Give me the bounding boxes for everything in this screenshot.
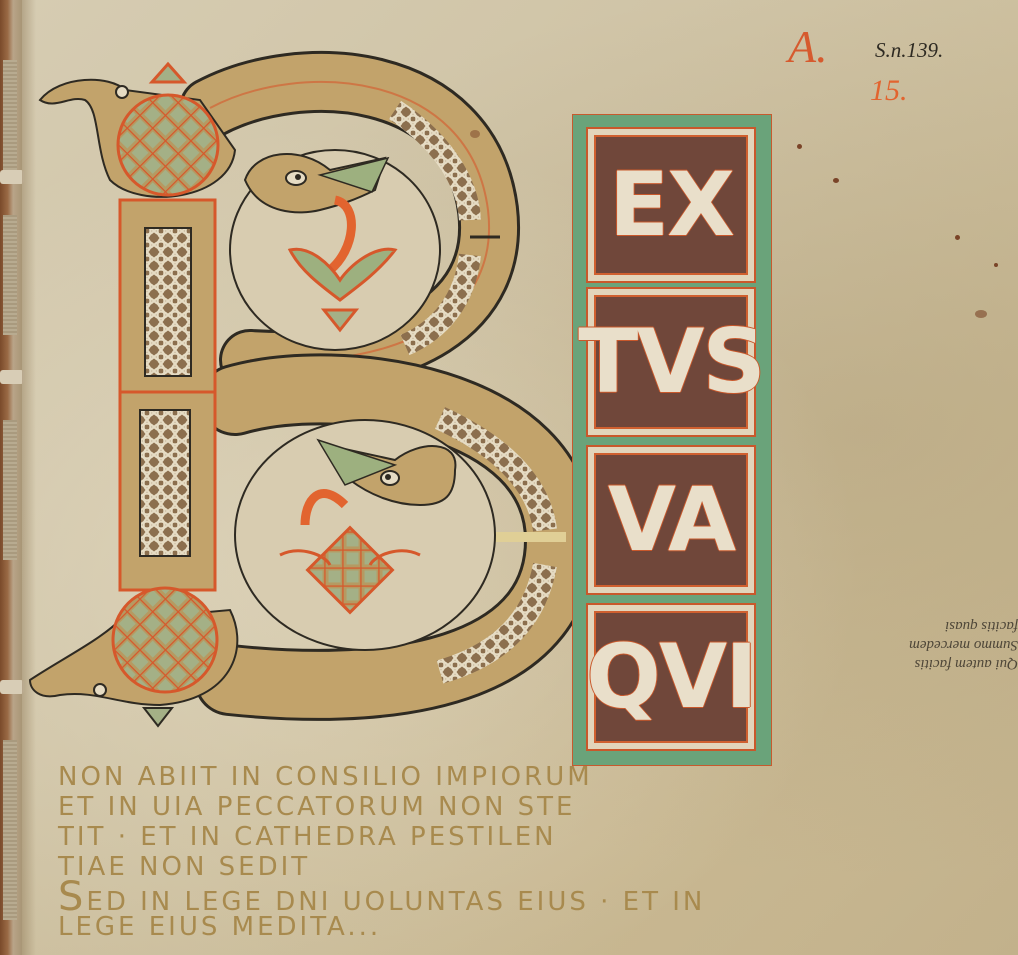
panel-letters: EX — [609, 161, 733, 249]
mirrored-marginal-note: Qui autem facitis Summo mercedem facitis… — [790, 616, 1018, 673]
panel-letters: VA — [608, 476, 734, 564]
note-line: Summo mercedem — [790, 635, 1018, 654]
text-line: TIT · ET IN CATHEDRA PESTILEN — [58, 822, 778, 852]
stain — [994, 263, 998, 267]
shelfmark: S.n.139. — [875, 38, 943, 63]
initial-b-illumination — [0, 0, 600, 760]
stain — [975, 310, 987, 318]
text-line: ET IN UIA PECCATORUM NON STE — [58, 792, 778, 822]
panel-ex: EX — [586, 127, 756, 283]
red-letter-mark: A. — [788, 20, 828, 73]
stain — [833, 178, 839, 183]
panel-tus: TVS — [586, 287, 756, 437]
binding-cloth — [3, 740, 17, 920]
text-line: NON ABIIT IN CONSILIO IMPIORUM — [58, 762, 778, 792]
manuscript-page: EX TVS VA QVI A. S.n.139. 15. Qui autem … — [0, 0, 1018, 955]
note-line: Qui autem facitis — [790, 654, 1018, 673]
panel-letters: TVS — [578, 318, 764, 406]
panel-va: VA — [586, 445, 756, 595]
text-line: TIAE NON SEDIT — [58, 852, 778, 882]
text-line: SED IN LEGE DNI UOLUNTAS EIUS · ET IN — [58, 882, 778, 912]
stain — [797, 144, 802, 149]
stain — [955, 235, 960, 240]
psalm-text: NON ABIIT IN CONSILIO IMPIORUM ET IN UIA… — [58, 762, 778, 942]
panel-qui: QVI — [586, 603, 756, 751]
note-line: facitis quasi — [790, 616, 1018, 635]
panel-letters: QVI — [586, 633, 756, 721]
display-letters-frame: EX TVS VA QVI — [572, 114, 772, 766]
folio-number: 15. — [870, 74, 908, 108]
stain — [470, 130, 480, 138]
